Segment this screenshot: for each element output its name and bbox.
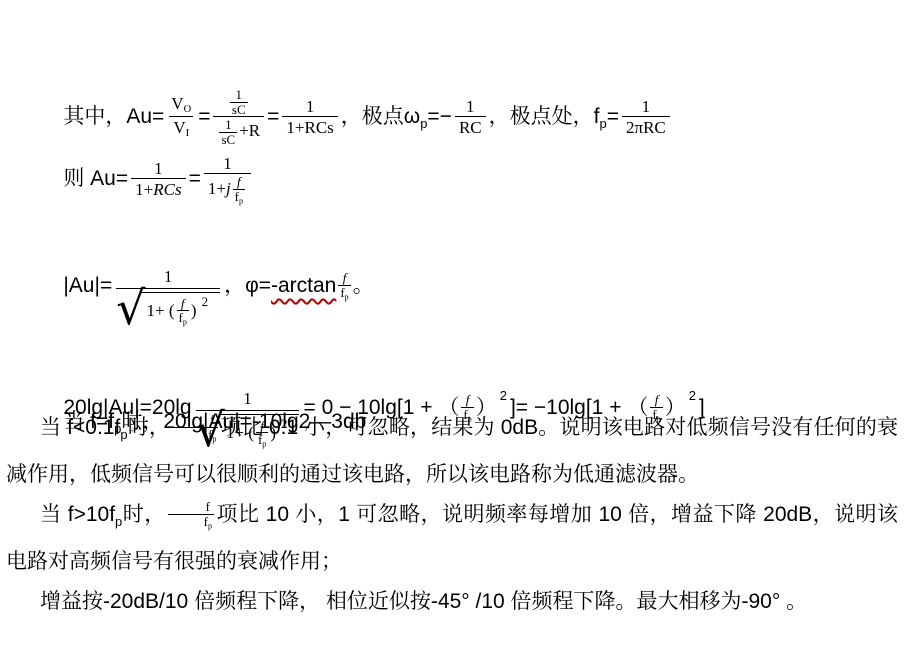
math-symbol: 1 (302, 97, 319, 117)
fraction-1-sc: 1sC (219, 118, 237, 146)
math-symbol: f (341, 271, 349, 285)
math-symbol: 1 (462, 97, 479, 117)
equals-sign: = (189, 167, 201, 190)
subscript: I (186, 128, 190, 139)
text-run: ，φ= (224, 274, 271, 297)
equals-sign: = (198, 105, 210, 128)
math-symbol: 1 (164, 268, 173, 288)
paragraph-high-frequency: 当 f>10fp时，ffp项比 10 小，1 可忽略，说明频率每增加 10 倍，… (6, 495, 898, 582)
math-symbol: f (258, 419, 266, 433)
math-symbol: f (170, 500, 212, 514)
math-symbol: RCs (153, 180, 181, 199)
fraction-over-radical: 1√1+ (ffp)2 (116, 268, 220, 329)
text-run: 。 (353, 274, 374, 297)
math-symbol: 1+ ( (147, 302, 175, 321)
exponent: 2 (281, 417, 288, 430)
exponent: 2 (500, 388, 507, 403)
math-symbol: ) (270, 424, 276, 443)
fraction-f-fp: ffp (177, 297, 189, 327)
fraction-1-2pirc: 12πRC (622, 97, 670, 138)
text-run: ，极点ω (341, 105, 420, 128)
square-root: √1+ (ffp)2 (116, 289, 220, 329)
text-run: ，φ=-arctanffp。 (224, 274, 374, 297)
math-symbol: V (171, 94, 183, 113)
text-run: ，极点处，fp= (489, 105, 619, 128)
math-symbol: RC (455, 116, 486, 138)
math-symbol: 1+ ( (226, 424, 254, 443)
subscript: p (208, 521, 212, 530)
math-symbol: +R (239, 122, 260, 141)
text-run: 当 f>10f (40, 503, 115, 526)
equals-sign: = (267, 105, 279, 128)
equals-sign: = (607, 105, 619, 128)
square-root: √1+ (ffp)2 (196, 411, 300, 451)
math-symbol: 1 (150, 159, 167, 179)
math-symbol: 1+ (135, 180, 153, 199)
arctan-label-misspelled: -arctan (271, 274, 336, 297)
equation-transfer-function: 其中，Au=VOVI=1sC1sC+R=11+RCs，极点ωp=−1RC，极点处… (40, 12, 898, 82)
math-symbol: sC (230, 102, 248, 117)
fraction-f-fp: ffp (233, 175, 245, 205)
subscript: p (120, 427, 127, 442)
text-run: |Au|= (63, 274, 112, 297)
fraction-1-1rcs: 11+RCs (282, 97, 337, 138)
exponent: 2 (689, 388, 696, 403)
text-run: 增益按-20dB/10 倍频程下降， 相位近似按-45° /10 倍频程下降。最… (40, 590, 807, 613)
subscript: p (183, 318, 187, 327)
text-run: ，极点ωp=− (341, 105, 452, 128)
exponent: 2 (202, 295, 209, 308)
subscript: p (345, 292, 349, 301)
document-page: 其中，Au=VOVI=1sC1sC+R=11+RCs，极点ωp=−1RC，极点处… (0, 0, 906, 649)
math-symbol: V (173, 118, 185, 137)
math-symbol: f (464, 393, 472, 407)
math-symbol: j (226, 179, 231, 198)
fraction-f-fp: ffp (338, 271, 350, 301)
math-symbol: 1+ (208, 179, 226, 198)
text-run: 则 Au= (63, 167, 128, 190)
subscript: O (184, 104, 192, 115)
fraction-1-rc: 1RC (455, 97, 486, 138)
equals-sign: =− (427, 105, 452, 128)
math-symbol: f (653, 393, 661, 407)
fraction-f-fp: ffp (256, 419, 268, 449)
fraction-vo-vi: VOVI (167, 94, 195, 140)
radical-sign: √ (196, 413, 225, 447)
math-symbol: 1 (234, 88, 245, 102)
fraction-f-fp: ffp (168, 500, 214, 530)
math-symbol: 2πRC (622, 116, 670, 138)
fraction-1-sc: 1sC (230, 88, 248, 116)
math-symbol: ) (191, 302, 197, 321)
radical-sign: √ (116, 291, 145, 325)
text-run: 时， (122, 503, 165, 526)
fraction-1-1rcs: 11+RCs (131, 159, 185, 200)
math-symbol: f (179, 297, 187, 311)
subscript: p (262, 440, 266, 449)
text-run: 时， (128, 416, 171, 439)
text-run: 其中，Au= (63, 105, 164, 128)
math-symbol: 1 (243, 390, 252, 410)
math-symbol: f (235, 175, 243, 189)
fraction-impedance: 1sC1sC+R (213, 88, 264, 147)
text-run: ，极点处，f (489, 105, 600, 128)
text-run: 当 f<0.1f (40, 416, 120, 439)
subscript: p (599, 116, 606, 131)
math-symbol: 1+RCs (282, 116, 337, 138)
fraction-over-radical: 1√1+ (ffp)2 (196, 390, 300, 451)
fraction-1-1jffp: 11+jffp (204, 154, 251, 206)
math-symbol: sC (219, 132, 237, 147)
math-symbol: 1 (219, 154, 236, 174)
subscript: p (239, 196, 243, 205)
math-symbol: 1 (638, 97, 655, 117)
math-symbol: 1 (223, 118, 234, 132)
paragraph-rolloff: 增益按-20dB/10 倍频程下降， 相位近似按-45° /10 倍频程下降。最… (6, 582, 898, 622)
paragraph-low-frequency: 当 f<0.1fp时，ffp项比 0.1 小，可忽略，结果为 0dB。说明该电路… (6, 408, 898, 495)
